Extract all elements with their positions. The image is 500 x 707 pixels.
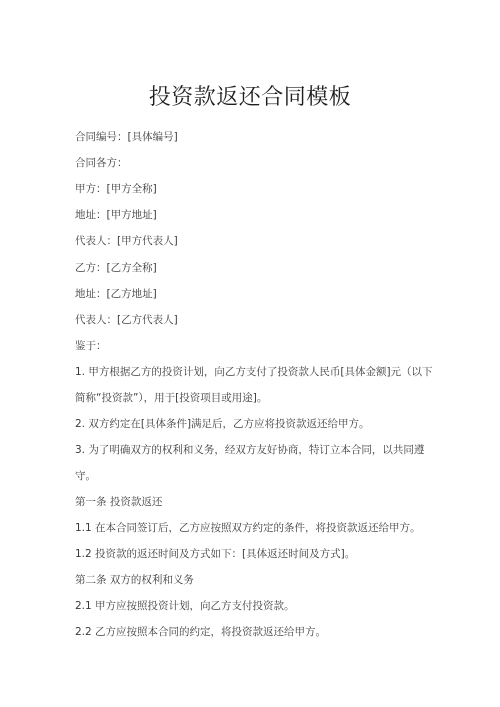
whereas-clause-3: 3. 为了明确双方的权利和义务，经双方友好协商，特订立本合同，以共同遵 (75, 443, 424, 457)
whereas-label: 鉴于： (75, 339, 107, 353)
clause-2-1: 2.1 甲方应按照投资计划，向乙方支付投资款。 (75, 599, 295, 613)
whereas-clause-3-cont: 守。 (75, 469, 96, 483)
whereas-clause-1: 1. 甲方根据乙方的投资计划，向乙方支付了投资款人民币[具体金额]元（以下 (75, 365, 433, 379)
clause-1-1: 1.1 在本合同签订后，乙方应按照双方约定的条件，将投资款返还给甲方。 (75, 521, 421, 535)
party-a-name-line: 甲方：[甲方全称] (75, 182, 157, 196)
contract-number-line: 合同编号：[具体编号] (75, 130, 178, 144)
whereas-clause-2: 2. 双方约定在[具体条件]满足后，乙方应将投资款返还给甲方。 (75, 417, 370, 431)
party-a-address-line: 地址：[甲方地址] (75, 208, 157, 222)
party-a-representative-line: 代表人：[甲方代表人] (75, 234, 178, 248)
article-2-heading: 第二条 双方的权利和义务 (75, 573, 194, 587)
document-page: 投资款返还合同模板 合同编号：[具体编号] 合同各方： 甲方：[甲方全称] 地址… (0, 0, 500, 707)
party-b-address-line: 地址：[乙方地址] (75, 287, 157, 301)
whereas-clause-1-cont: 简称“投资款”），用于[投资项目或用途]。 (75, 391, 267, 405)
contract-parties-label: 合同各方： (75, 156, 128, 170)
party-b-representative-line: 代表人：[乙方代表人] (75, 313, 178, 327)
article-1-heading: 第一条 投资款返还 (75, 495, 162, 509)
document-title: 投资款返还合同模板 (0, 82, 500, 114)
clause-2-2: 2.2 乙方应按照本合同的约定，将投资款返还给甲方。 (75, 625, 326, 639)
clause-1-2: 1.2 投资款的返还时间及方式如下：[具体返还时间及方式]。 (75, 547, 355, 561)
party-b-name-line: 乙方：[乙方全称] (75, 261, 157, 275)
